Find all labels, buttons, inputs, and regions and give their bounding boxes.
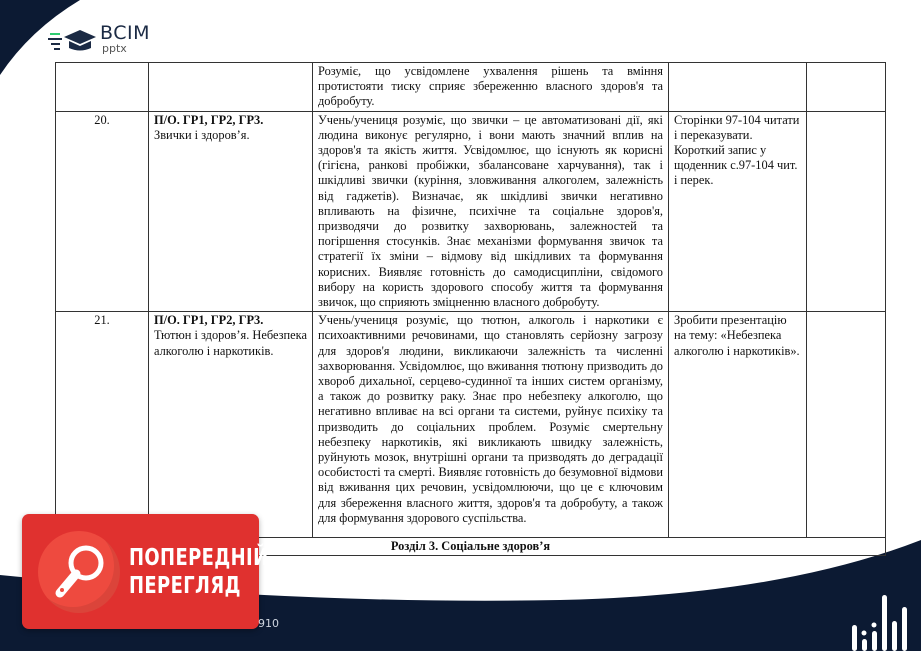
table-row: 21.П/О. ГР1, ГР2, ГР3.Тютюн і здоров’я. … (56, 312, 886, 538)
topic-title: Звички і здоров’я. (154, 128, 307, 143)
preview-line-2: ПЕРЕГЛЯД (129, 572, 269, 600)
homework-cell: Зробити презентацію на тему: «Небезпека … (669, 312, 807, 538)
logo: BCIM pptx (48, 24, 150, 54)
table-row: Розуміє, що усвідомлене ухвалення рішень… (56, 63, 886, 112)
description-cell: Учень/учениця розуміє, що звички – це ав… (313, 111, 669, 312)
lesson-plan-table: Розуміє, що усвідомлене ухвалення рішень… (55, 62, 886, 556)
row-number: 21. (56, 312, 149, 538)
table-row: 20.П/О. ГР1, ГР2, ГР3.Звички і здоров’я.… (56, 111, 886, 312)
bars-decoration-icon (850, 585, 910, 651)
homework-cell (669, 63, 807, 112)
row-number (56, 63, 149, 112)
notes-cell (807, 312, 886, 538)
topic-cell (149, 63, 313, 112)
preview-badge[interactable]: ПОПЕРЕДНІЙ ПЕРЕГЛЯД (22, 514, 259, 629)
row-number: 20. (56, 111, 149, 312)
magnifier-icon (38, 531, 120, 613)
notes-cell (807, 63, 886, 112)
topic-cell: П/О. ГР1, ГР2, ГР3.Тютюн і здоров’я. Неб… (149, 312, 313, 538)
homework-cell: Сторінки 97-104 читати і переказувати. К… (669, 111, 807, 312)
notes-cell (807, 111, 886, 312)
page-number: 910 (258, 617, 279, 630)
topic-group-label: П/О. ГР1, ГР2, ГР3. (154, 113, 307, 128)
logo-title: BCIM (100, 24, 150, 43)
topic-title: Тютюн і здоров’я. Небезпека алкоголю і н… (154, 328, 307, 358)
description-cell: Розуміє, що усвідомлене ухвалення рішень… (313, 63, 669, 112)
graduation-cap-icon (48, 25, 96, 53)
topic-group-label: П/О. ГР1, ГР2, ГР3. (154, 313, 307, 328)
topic-cell: П/О. ГР1, ГР2, ГР3.Звички і здоров’я. (149, 111, 313, 312)
description-cell: Учень/учениця розуміє, що тютюн, алкогол… (313, 312, 669, 538)
preview-line-1: ПОПЕРЕДНІЙ (129, 544, 269, 572)
logo-subtitle: pptx (102, 43, 150, 54)
